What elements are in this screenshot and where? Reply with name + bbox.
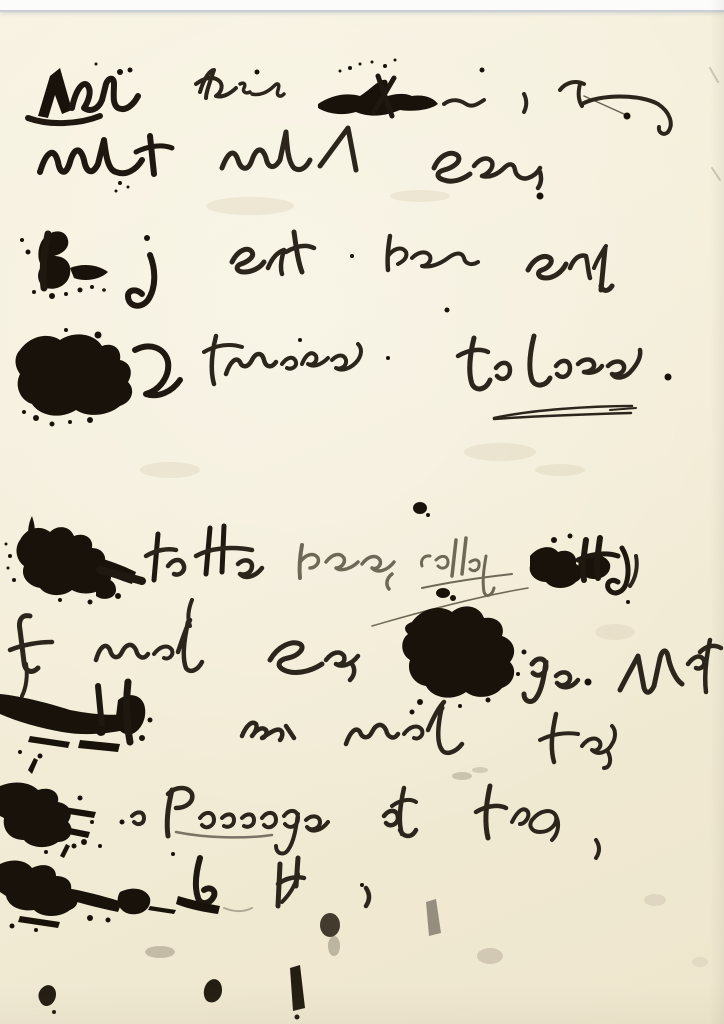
ink-blot <box>28 516 35 536</box>
ink-stroke <box>412 252 478 266</box>
ink-blot <box>624 113 631 120</box>
handwritten-line-9: ███ b it. <box>0 839 369 932</box>
ink-stroke <box>320 128 356 170</box>
ink-stroke <box>145 946 175 958</box>
ink-stroke <box>540 733 578 740</box>
ink-stroke <box>644 894 666 906</box>
ink-blot <box>0 694 134 734</box>
ink-stroke <box>154 647 172 659</box>
ink-stroke <box>268 250 284 274</box>
ink-blot <box>359 63 362 66</box>
ink-stroke <box>556 672 578 687</box>
ink-blot <box>72 844 77 849</box>
ink-stroke <box>530 336 550 385</box>
ink-blot <box>81 839 87 845</box>
ink-stroke <box>620 651 682 692</box>
ink-blot <box>522 650 527 655</box>
ink-blot <box>120 820 125 825</box>
ink-stroke <box>388 249 406 264</box>
ink-blot <box>128 68 133 73</box>
ink-blot <box>78 796 83 801</box>
ink-blot <box>87 915 93 921</box>
ink-stroke <box>332 344 361 370</box>
ink-blot <box>95 63 98 66</box>
ink-stroke <box>212 336 216 384</box>
ink-blot <box>52 1010 56 1014</box>
double-underline-flourish <box>494 406 636 419</box>
ink-stroke <box>28 116 100 123</box>
ink-blot <box>148 718 153 723</box>
ink-blot <box>458 704 462 708</box>
ink-stroke <box>302 353 328 365</box>
ink-blot <box>320 913 340 937</box>
ink-stroke <box>452 772 472 780</box>
ink-stroke <box>436 556 448 568</box>
ink-blot <box>383 64 387 68</box>
ink-stroke <box>710 68 720 180</box>
ink-stroke <box>224 908 252 911</box>
ink-stroke <box>226 354 276 374</box>
ink-blot <box>102 288 106 292</box>
ink-stroke <box>387 574 392 589</box>
ink-blot <box>44 850 48 854</box>
ink-blot <box>78 740 120 752</box>
ink-blot <box>49 293 55 299</box>
ink-stroke <box>390 190 450 202</box>
ink-stroke <box>232 249 264 272</box>
handwritten-line-5: ███ tattle have called ███ <box>5 502 637 626</box>
ink-blot <box>33 415 39 421</box>
ink-stroke <box>135 346 180 395</box>
ink-blot <box>98 844 102 848</box>
ink-stroke <box>270 643 322 673</box>
ink-blot <box>68 420 72 424</box>
ink-blot <box>18 750 22 754</box>
ink-stroke <box>692 957 708 967</box>
ink-blot <box>371 61 374 64</box>
ink-blot <box>50 422 55 427</box>
ink-stroke <box>362 557 394 571</box>
ink-blot <box>110 76 114 80</box>
ink-stroke <box>426 899 441 936</box>
ink-blot <box>70 265 108 280</box>
stray-ink-dot <box>413 502 427 514</box>
ink-blot <box>90 820 94 824</box>
ink-blot <box>16 334 133 415</box>
ink-stroke <box>328 936 340 956</box>
ink-blot <box>38 68 72 118</box>
ink-stroke <box>421 556 430 566</box>
handwritten-line-3: Being sat here and <box>20 231 612 312</box>
ink-stroke <box>472 767 488 773</box>
ink-stroke <box>98 686 102 728</box>
ink-stroke <box>392 800 416 806</box>
ink-stroke <box>146 549 176 556</box>
ink-stroke <box>252 84 284 96</box>
ink-stroke <box>200 70 214 98</box>
ink-stroke <box>530 811 558 840</box>
ink-stroke <box>176 832 272 837</box>
ink-stroke <box>326 555 358 570</box>
ink-stroke <box>464 443 536 461</box>
ink-blot <box>95 332 102 339</box>
ink-stroke <box>150 136 154 174</box>
ink-stroke <box>294 232 302 272</box>
ink-stroke <box>582 726 615 768</box>
ink-blot <box>350 254 354 258</box>
ink-blot <box>339 70 342 73</box>
ink-stroke <box>476 806 506 812</box>
ink-stroke <box>222 814 234 826</box>
ink-blot <box>348 66 352 70</box>
ink-blot <box>5 543 8 546</box>
ink-stroke <box>470 560 479 571</box>
ink-stroke <box>282 358 296 369</box>
ink-stroke <box>512 809 528 824</box>
ink-stroke <box>132 812 144 824</box>
ink-blot <box>127 186 130 189</box>
ink-blot <box>318 80 438 116</box>
ink-blot <box>403 647 409 653</box>
ink-blot <box>88 600 93 605</box>
handwriting-ink-layer: Alex this ███ , thing wh <box>0 0 724 1024</box>
ink-stroke <box>278 877 304 884</box>
ink-blot <box>38 985 56 1006</box>
ink-stroke <box>444 100 484 106</box>
ink-blot <box>38 754 43 759</box>
ink-stroke <box>578 360 602 373</box>
ink-stroke <box>40 140 142 173</box>
ink-stroke <box>326 653 358 680</box>
ink-stroke <box>560 82 584 106</box>
bottom-ink-scatter <box>38 68 720 1020</box>
ink-stroke <box>428 702 462 753</box>
ink-stroke <box>167 790 172 836</box>
ink-blot <box>139 735 145 741</box>
ink-stroke <box>72 79 138 110</box>
ink-stroke <box>10 642 52 650</box>
ink-blot <box>298 338 302 342</box>
ink-blot <box>115 190 118 193</box>
ink-stroke <box>222 132 310 170</box>
ink-stroke <box>286 246 314 252</box>
ink-blot <box>118 181 122 185</box>
ink-stroke <box>240 83 250 93</box>
faded-word-called <box>421 538 512 595</box>
ink-stroke <box>610 408 636 410</box>
ink-blot <box>426 513 430 517</box>
ink-blot <box>445 308 450 313</box>
ink-stroke <box>524 659 546 702</box>
ink-stroke <box>276 811 298 854</box>
ink-stroke <box>404 727 422 739</box>
ink-stroke <box>168 560 184 575</box>
ink-blot <box>417 699 423 705</box>
handwritten-line-2: what what Sam <box>40 128 544 258</box>
blotted-rewritten-word <box>530 534 637 605</box>
ink-blot <box>148 906 176 914</box>
ink-stroke <box>306 816 328 830</box>
ink-blot <box>34 928 38 932</box>
ink-blot <box>255 70 260 75</box>
ink-stroke <box>384 811 398 825</box>
ink-stroke <box>346 725 398 744</box>
ink-stroke <box>477 948 503 964</box>
ink-stroke <box>595 624 635 640</box>
ink-stroke <box>140 462 200 478</box>
ink-blot <box>204 979 222 1002</box>
ink-stroke <box>200 813 214 827</box>
ink-blot <box>436 588 450 598</box>
ink-blot <box>22 410 26 414</box>
ink-stroke <box>400 788 416 836</box>
ink-blot <box>96 578 116 598</box>
ink-blot <box>64 292 68 296</box>
ink-blot <box>58 598 62 602</box>
faded-word-have <box>300 545 394 589</box>
ink-blot <box>12 578 16 582</box>
ink-blot <box>360 883 364 887</box>
ink-stroke <box>570 256 590 279</box>
large-ink-blot <box>402 606 514 697</box>
ink-blot <box>28 736 70 748</box>
ink-blot <box>295 1015 300 1020</box>
ink-stroke <box>96 645 148 660</box>
ink-blot <box>90 285 94 289</box>
ink-stroke <box>556 361 570 377</box>
ink-stroke <box>486 786 490 838</box>
ink-blot <box>32 290 36 294</box>
ink-blot <box>568 534 573 539</box>
ink-blot <box>530 547 582 588</box>
ink-blot <box>10 924 15 929</box>
ink-blot <box>64 328 68 332</box>
scanned-note-page: Alex this ███ , thing wh <box>0 0 724 1024</box>
ink-stroke <box>596 840 599 858</box>
ink-blot <box>115 593 121 599</box>
handwritten-line-8: ███ a. Passage at the, <box>0 758 599 858</box>
handwritten-line-1: Alex this ███ , thing <box>28 59 671 134</box>
ink-stroke <box>366 888 369 906</box>
ink-blot <box>410 710 415 715</box>
ink-blot <box>20 238 24 242</box>
ink-stroke <box>238 560 262 577</box>
ink-blot <box>0 783 72 848</box>
ink-stroke <box>206 197 294 215</box>
ink-blot <box>486 698 491 703</box>
ink-stroke <box>552 714 556 762</box>
ink-stroke <box>496 363 510 379</box>
ink-blot <box>28 758 38 774</box>
handwritten-line-6: to need Sam ███ge. What <box>10 606 721 710</box>
ink-blot <box>18 916 60 928</box>
ink-blot <box>551 537 557 543</box>
ink-stroke <box>127 682 130 742</box>
ink-stroke <box>524 94 526 112</box>
ink-stroke <box>608 350 640 377</box>
ink-stroke <box>154 534 158 580</box>
ink-blot <box>8 554 12 558</box>
ink-stroke <box>688 657 704 669</box>
handwritten-line-4: being nothing to lose. <box>16 328 672 427</box>
ink-stroke <box>242 723 294 740</box>
ink-blot <box>480 68 485 73</box>
ink-blot <box>106 918 111 923</box>
ink-blot <box>60 844 70 858</box>
ink-stroke <box>196 858 215 903</box>
ink-blot <box>537 193 544 200</box>
ink-stroke <box>535 464 585 476</box>
ink-blot <box>118 889 151 915</box>
ink-blot <box>171 852 175 856</box>
ink-stroke <box>300 555 318 568</box>
ink-blot <box>386 356 390 360</box>
ink-blot <box>290 965 305 1011</box>
ink-blot <box>78 288 83 293</box>
ink-stroke <box>204 345 242 352</box>
ink-blot <box>96 726 106 736</box>
ink-blot <box>87 417 93 423</box>
ink-blot <box>117 69 123 75</box>
ink-stroke <box>452 538 466 576</box>
ink-blot <box>7 567 10 570</box>
ink-blot <box>26 250 31 255</box>
ink-blot <box>665 374 672 381</box>
ink-blot <box>585 679 592 686</box>
ink-stroke <box>422 574 512 588</box>
ink-blot <box>626 600 630 604</box>
ink-stroke <box>242 814 254 826</box>
ink-blot <box>394 59 397 62</box>
ink-stroke <box>262 813 276 827</box>
ink-blot <box>516 672 520 676</box>
ink-stroke <box>474 159 541 188</box>
ink-blot <box>450 595 456 601</box>
ink-stroke <box>434 153 470 181</box>
ink-stroke <box>630 556 637 586</box>
ink-stroke <box>470 338 490 389</box>
ink-stroke <box>528 257 566 279</box>
ink-stroke <box>128 255 154 306</box>
ink-blot <box>144 235 150 241</box>
